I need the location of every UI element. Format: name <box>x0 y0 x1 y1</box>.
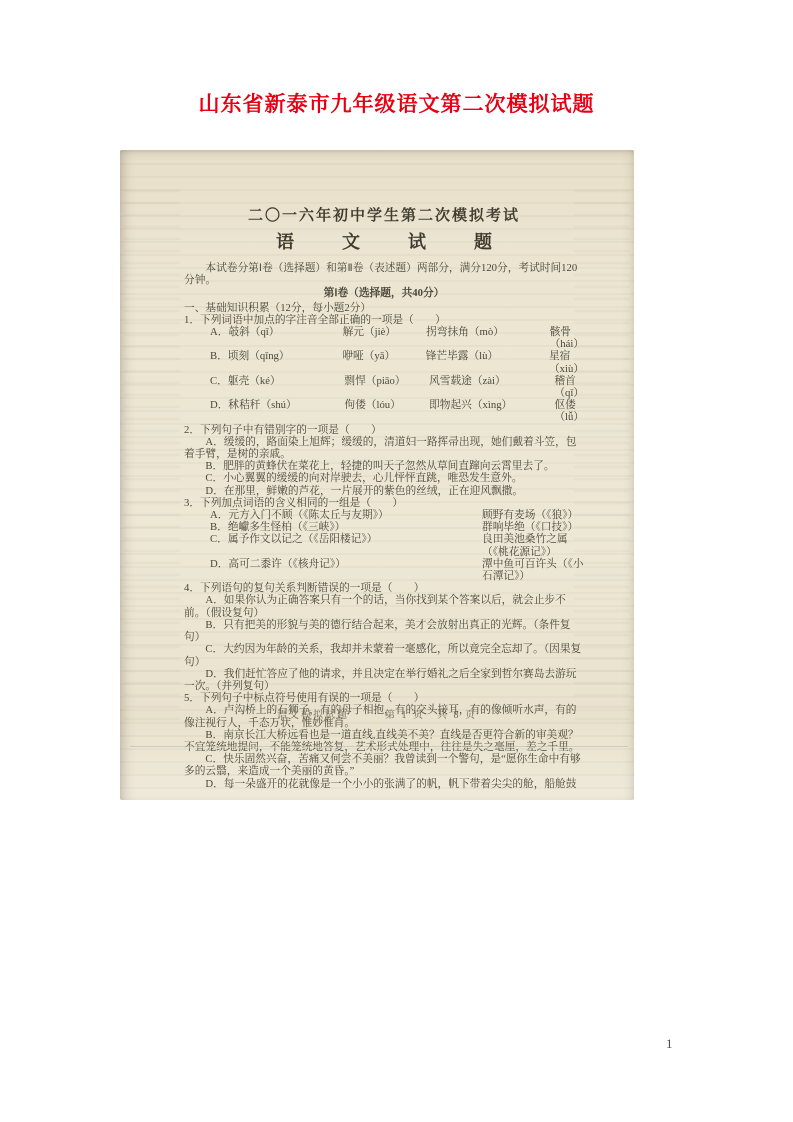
scanned-exam-page: 二〇一六年初中学生第二次模拟考试 语 文 试 题 本试卷分第Ⅰ卷（选择题）和第Ⅱ… <box>120 150 634 800</box>
question-5-option-c: C．快乐固然兴奋，苦痛又何尝不美丽？我曾读到一个警句，是“愿你生命中有够多的云翳… <box>184 753 584 777</box>
exam-subject-title: 语 文 试 题 <box>184 231 584 253</box>
option-cell: C．躯壳（ké） <box>210 375 344 399</box>
question-1-option-row-d: D．秫秸秆（shú） 佝偻（lóu） 即物起兴（xìng） 伛偻（lǚ） <box>184 399 584 423</box>
option-cell: 稽首（qǐ） <box>554 375 584 399</box>
question-2-option-b: B．肥胖的黄蜂伏在菜花上，轻捷的叫天子忽然从草间直蹿向云霄里去了。 <box>184 460 584 472</box>
option-cell: 骸骨（hái） <box>550 326 584 350</box>
option-cell: B．顷刻（qǐng） <box>210 350 342 374</box>
question-3-stem: 3．下列加点词语的含义相同的一组是（ ） <box>184 497 584 509</box>
option-cell: 拐弯抹角（mò） <box>426 326 549 350</box>
question-1-option-row-a: A．攲斜（qī） 解元（jiè） 拐弯抹角（mò） 骸骨（hái） <box>184 326 584 350</box>
question-3-option-row-d: D．高可二黍许（《核舟记》） 潭中鱼可百许头（《小石潭记》） <box>184 558 584 582</box>
paper-crease <box>130 746 628 748</box>
question-2-option-d: D．在那里，鲜嫩的芦花，一片展开的紫色的丝绒，正在迎风飘撒。 <box>184 485 584 497</box>
question-4-option-d: D．我们赶忙答应了他的请求，并且决定在举行婚礼之后全家到哲尔赛岛去游玩一次。（并… <box>184 668 584 692</box>
question-5-stem: 5．下列句子中标点符号使用有误的一项是（ ） <box>184 692 584 704</box>
part-1-title: 一、基础知识积累（12分，每小题2分） <box>184 302 584 314</box>
exam-content: 二〇一六年初中学生第二次模拟考试 语 文 试 题 本试卷分第Ⅰ卷（选择题）和第Ⅱ… <box>184 208 584 790</box>
option-cell: 伛偻（lǚ） <box>554 399 584 423</box>
question-4-option-a: A．如果你认为正确答案只有一个的话，当你找到某个答案以后，就会止步不前。（假设复… <box>184 594 584 618</box>
option-cell: 良田美池桑竹之属（《桃花源记》） <box>482 533 584 557</box>
question-1-stem: 1．下列词语中加点的字注音全部正确的一项是（ ） <box>184 314 584 326</box>
option-cell: C．属予作文以记之（《岳阳楼记》） <box>210 533 482 557</box>
option-cell: B．绝巘多生怪柏（《三峡》） <box>210 521 482 533</box>
option-cell: A．元方入门不顾（《陈太丘与友期》） <box>210 509 482 521</box>
option-cell: D．秫秸秆（shú） <box>210 399 344 423</box>
bleed-through-left <box>124 190 180 730</box>
question-2-option-a: A．缓缓的，路面染上旭辉；缓缓的，清道妇一路挥帚出现，她们戴着斗笠，包着手臂，是… <box>184 436 584 460</box>
option-cell: 佝偻（lóu） <box>344 399 429 423</box>
option-cell: D．高可二黍许（《核舟记》） <box>210 558 482 582</box>
option-cell: A．攲斜（qī） <box>210 326 343 350</box>
option-cell: 剽悍（piāo） <box>344 375 429 399</box>
exam-page-footer: 语文模拟试题 第 1 页 共 8 页 <box>120 706 634 721</box>
section-1-title: 第Ⅰ卷（选择题，共40分） <box>184 287 584 299</box>
question-4-option-c: C．大约因为年龄的关系，我却并未蒙着一毫感化，所以竟完全忘却了。（因果复句） <box>184 643 584 667</box>
option-cell: 解元（jiè） <box>343 326 427 350</box>
exam-heading: 二〇一六年初中学生第二次模拟考试 <box>184 208 584 225</box>
option-cell: 潭中鱼可百许头（《小石潭记》） <box>482 558 584 582</box>
question-2-stem: 2．下列句子中有错别字的一项是（ ） <box>184 424 584 436</box>
question-1-option-row-c: C．躯壳（ké） 剽悍（piāo） 风雪载途（zài） 稽首（qǐ） <box>184 375 584 399</box>
question-5-option-d: D．每一朵盛开的花就像是一个小小的张满了的帆，帆下带着尖尖的舱，船舱鼓 <box>184 778 584 790</box>
option-cell: 顾野有麦场（《狼》） <box>482 509 584 521</box>
question-4-option-b: B．只有把美的形貌与美的德行结合起来，美才会放射出真正的光辉。（条件复句） <box>184 619 584 643</box>
option-cell: 锋芒毕露（lù） <box>426 350 549 374</box>
question-2-option-c: C．小心翼翼的缓缓的向对岸驶去，心儿怦怦直跳，唯恐发生意外。 <box>184 472 584 484</box>
option-cell: 风雪载途（zài） <box>429 375 554 399</box>
question-3-option-row-c: C．属予作文以记之（《岳阳楼记》） 良田美池桑竹之属（《桃花源记》） <box>184 533 584 557</box>
question-3-option-row-a: A．元方入门不顾（《陈太丘与友期》） 顾野有麦场（《狼》） <box>184 509 584 521</box>
document-title: 山东省新泰市九年级语文第二次模拟试题 <box>0 88 793 118</box>
option-cell: 群响毕绝（《口技》） <box>482 521 584 533</box>
option-cell: 星宿（xiù） <box>549 350 584 374</box>
question-1-option-row-b: B．顷刻（qǐng） 咿哑（yā） 锋芒毕露（lù） 星宿（xiù） <box>184 350 584 374</box>
question-4-stem: 4．下列语句的复句关系判断错误的一项是（ ） <box>184 582 584 594</box>
question-3-option-row-b: B．绝巘多生怪柏（《三峡》） 群响毕绝（《口技》） <box>184 521 584 533</box>
question-5-option-b: B．南京长江大桥远看也是一道直线,直线美不美？直线是否更符合新的审美观？不宜笼统… <box>184 729 584 753</box>
exam-intro: 本试卷分第Ⅰ卷（选择题）和第Ⅱ卷（表述题）两部分，满分120分，考试时间120分… <box>184 262 584 286</box>
document-page-number: 1 <box>666 1036 673 1052</box>
option-cell: 即物起兴（xìng） <box>429 399 554 423</box>
option-cell: 咿哑（yā） <box>342 350 425 374</box>
